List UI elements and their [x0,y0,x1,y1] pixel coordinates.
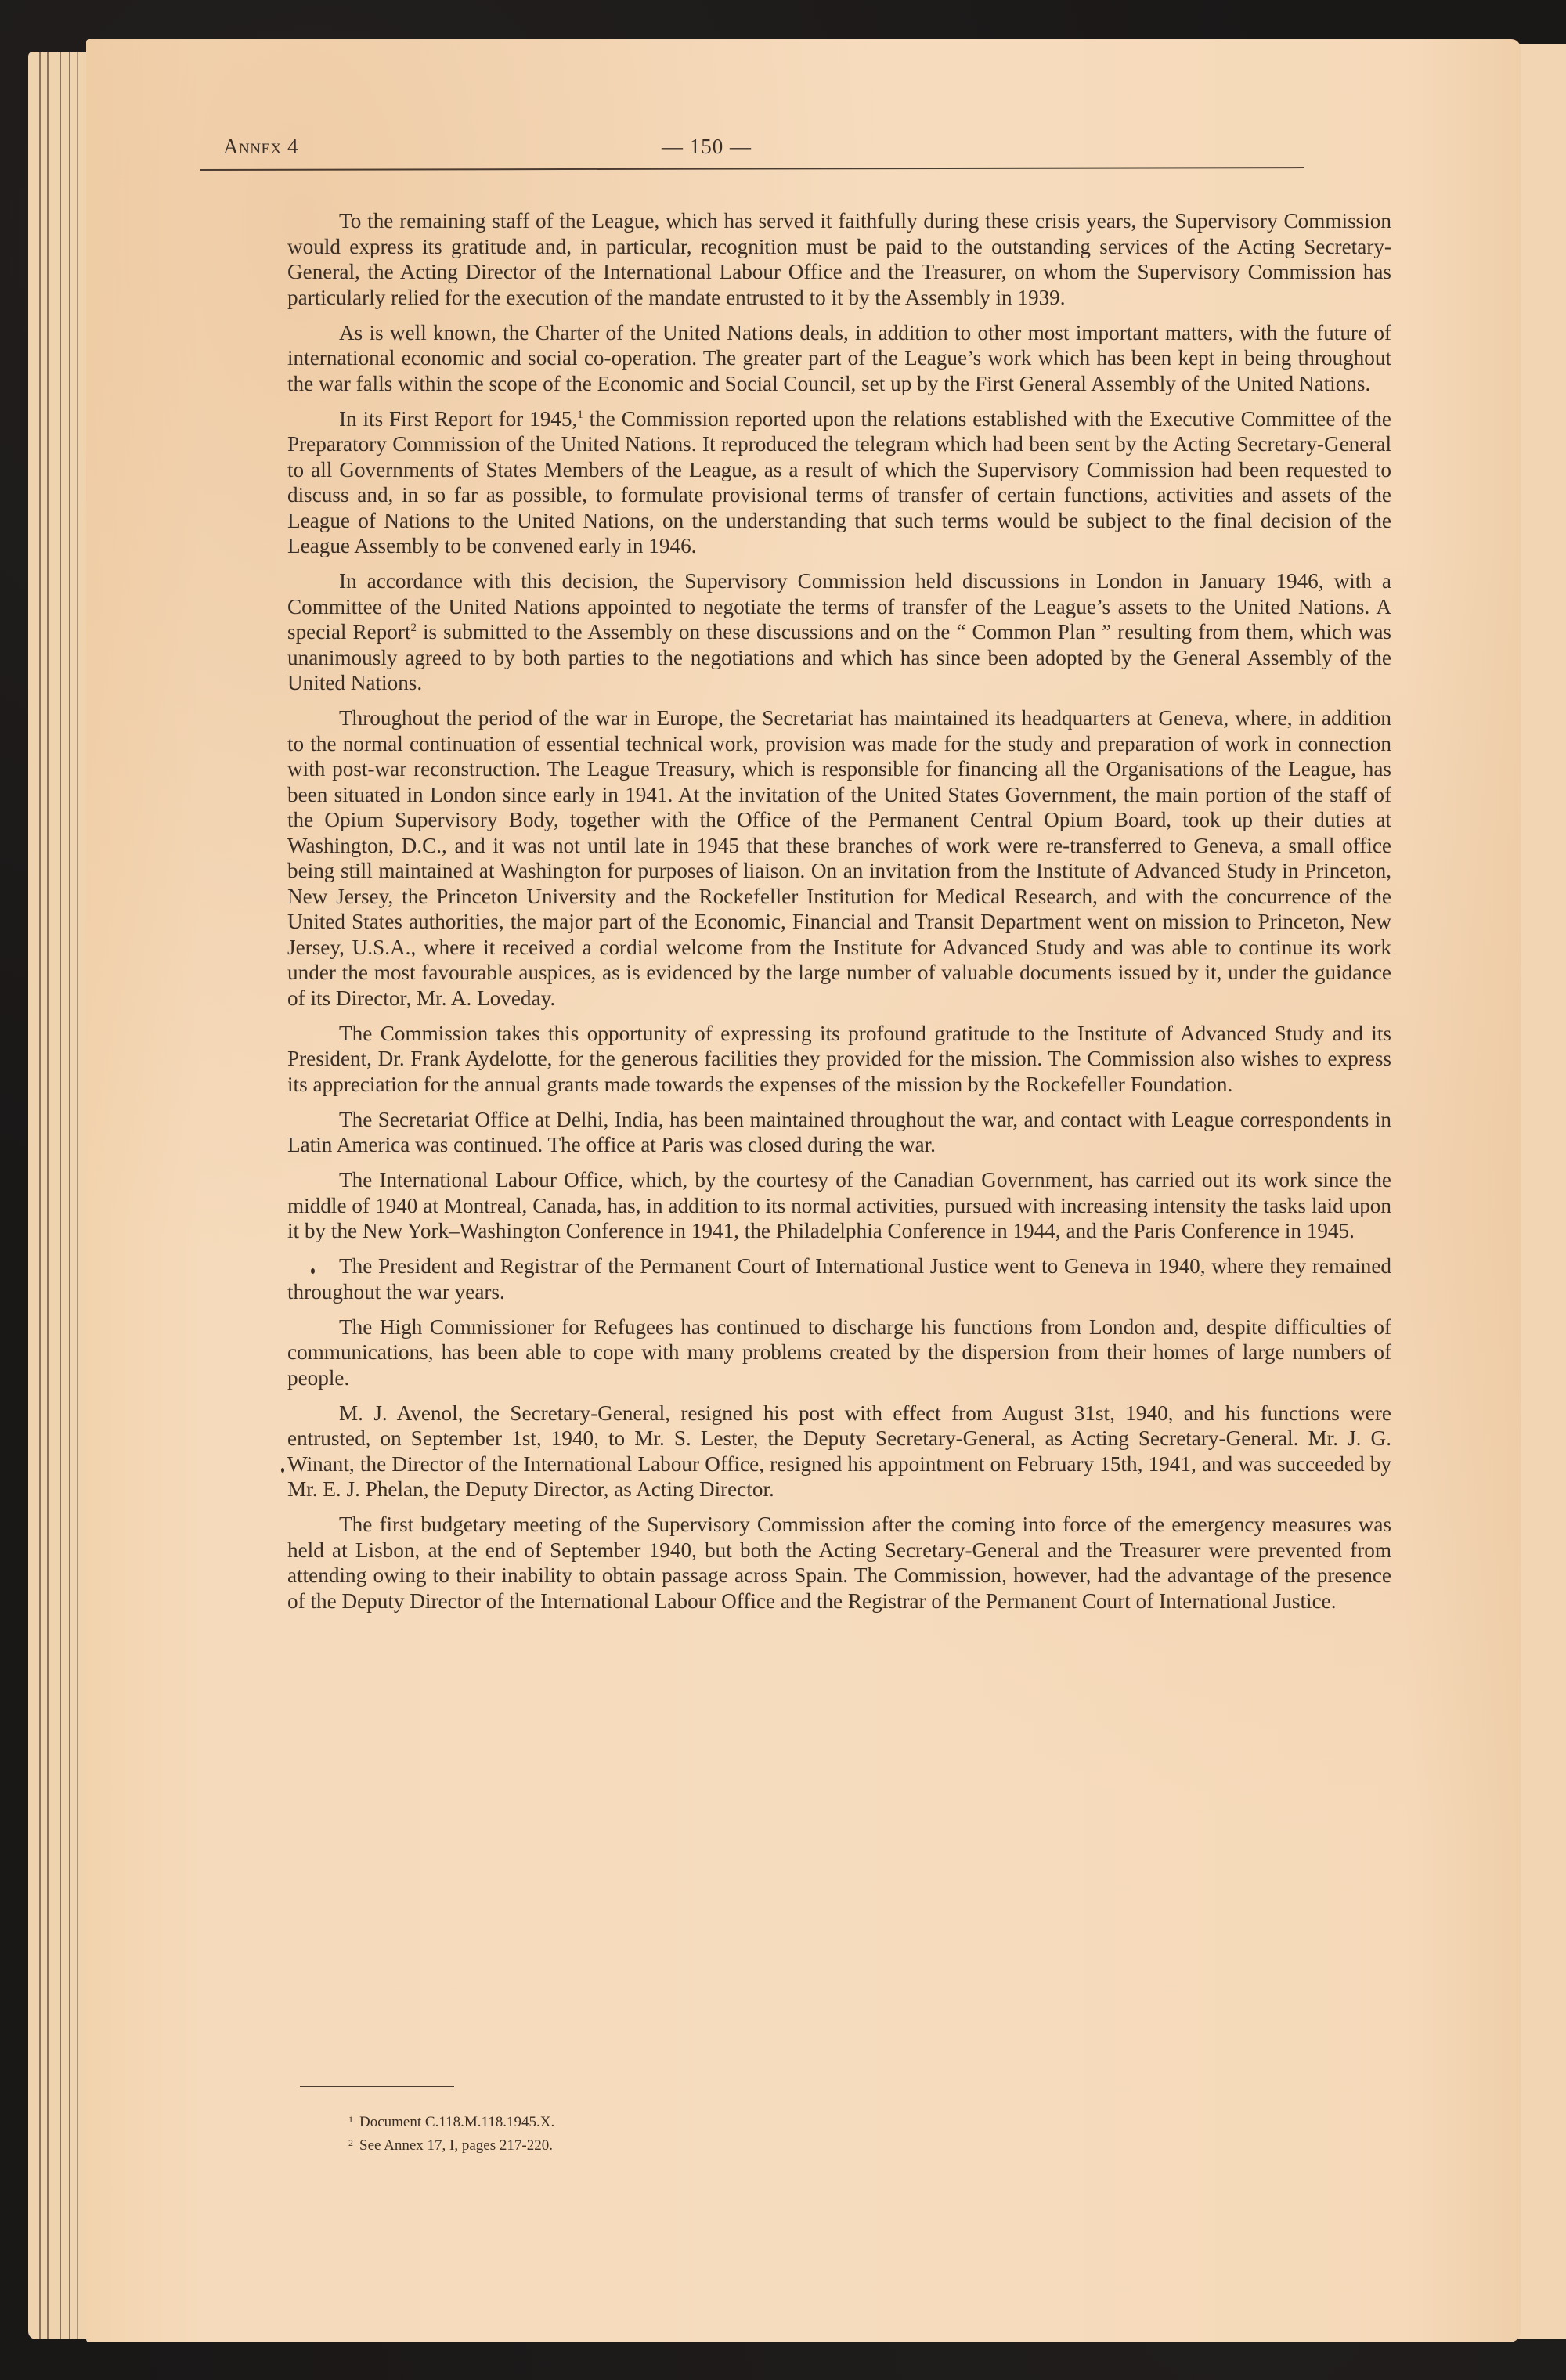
footnote-text: See Annex 17, I, pages 217-220. [359,2137,553,2154]
page-header: Annex 4 — 150 — [200,135,1304,174]
paragraph-first-report: In its First Report for 1945,1 the Commi… [287,406,1391,559]
paragraph-un-charter: As is well known, the Charter of the Uni… [287,320,1391,397]
footnote-2: 2See Annex 17, I, pages 217-220. [348,2133,554,2156]
paragraph-london-discussions: In accordance with this decision, the Su… [287,568,1391,696]
paragraph-refugees: The High Commissioner for Refugees has c… [287,1314,1391,1391]
footnote-mark: 1 [348,2114,353,2125]
next-page-sliver [1515,44,1566,2339]
paragraph-ilo-montreal: The International Labour Office, which, … [287,1167,1391,1244]
footnotes: 1Document C.118.M.118.1945.X. 2See Annex… [348,2109,554,2156]
paragraph-delhi-office: The Secretariat Office at Delhi, India, … [287,1107,1391,1158]
paragraph-institute-gratitude: The Commission takes this opportunity of… [287,1021,1391,1098]
page-edge-line [69,52,70,2339]
paragraph-permanent-court: The President and Registrar of the Perma… [287,1253,1391,1304]
paragraph-text: is submitted to the Assembly on these di… [287,620,1391,694]
page-edge-line [77,52,78,2339]
footnote-text: Document C.118.M.118.1945.X. [359,2114,554,2130]
footnote-ref-1: 1 [577,409,583,421]
paragraph-lisbon-meeting: The first budgetary meeting of the Super… [287,1512,1391,1614]
paragraph-staff-gratitude: To the remaining staff of the League, wh… [287,208,1391,310]
ink-speck [311,1268,315,1274]
page-number: — 150 — [662,135,752,159]
body-text: To the remaining staff of the League, wh… [287,208,1391,1624]
running-head: Annex 4 [223,135,298,159]
footnote-mark: 2 [348,2137,353,2148]
page-edge-line [60,52,61,2339]
page-edge-line [47,52,49,2339]
header-rule [200,167,1304,171]
footnote-ref-2: 2 [410,622,417,634]
ink-speck [281,1468,284,1473]
footnote-rule [300,2086,454,2087]
paragraph-secretariat-geneva: Throughout the period of the war in Euro… [287,705,1391,1011]
paragraph-text: In its First Report for 1945, [339,407,577,431]
page-edge-line [39,52,41,2339]
footnote-1: 1Document C.118.M.118.1945.X. [348,2109,554,2133]
paragraph-avenol-resignation: M. J. Avenol, the Secretary-General, res… [287,1401,1391,1502]
